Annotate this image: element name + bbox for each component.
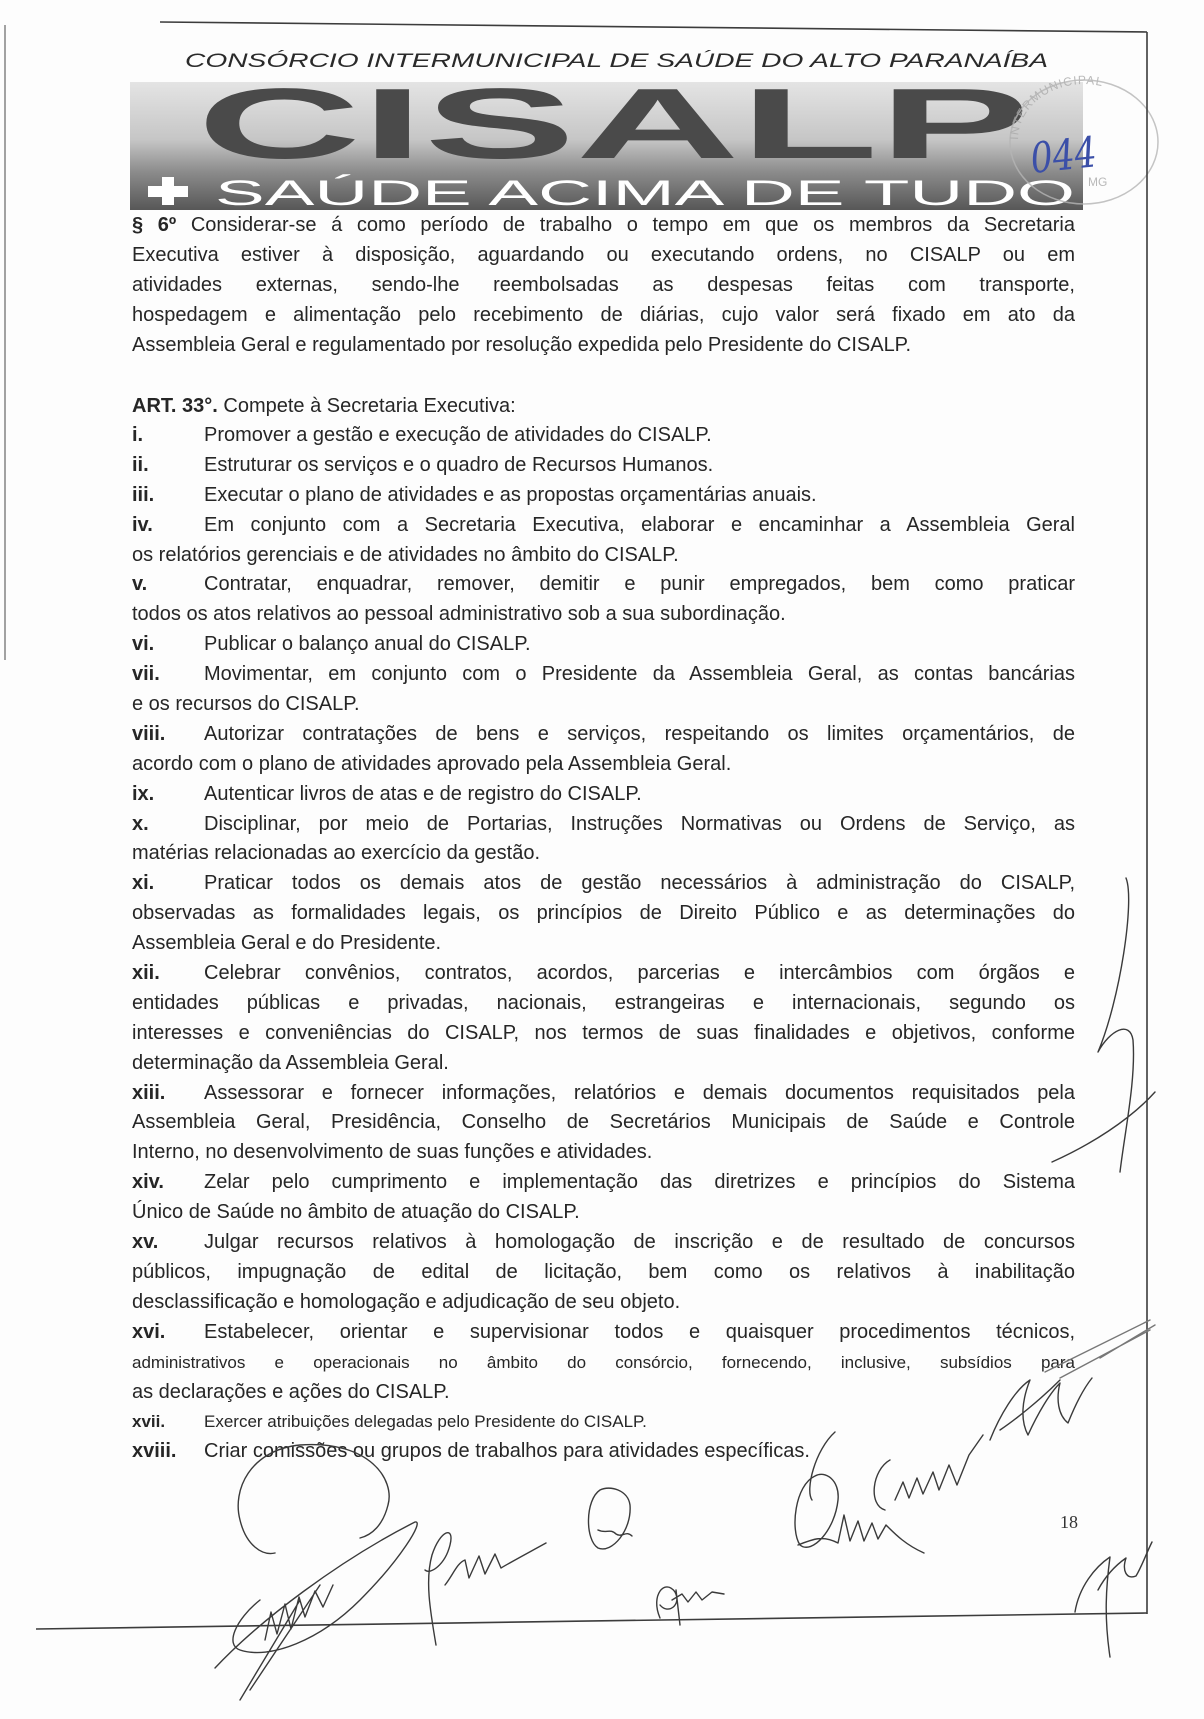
paragraph-6: § 6º Considerar-se á como período de tra… [132, 210, 1075, 360]
signature-2-icon [425, 1533, 546, 1645]
signature-5-icon [795, 1474, 924, 1553]
paragraph-line: atividades externas, sendo-lhe reembolsa… [132, 270, 1075, 300]
stamp-bottom-text: MG [1088, 175, 1107, 189]
article-heading: ART. 33°. Compete à Secretaria Executiva… [132, 391, 1075, 421]
article-items: i.Promover a gestão e execução de ativid… [132, 421, 1075, 1467]
paragraph-line: § 6º Considerar-se á como período de tra… [132, 210, 1075, 240]
list-item: iii.Executar o plano de atividades e as … [132, 481, 1075, 511]
list-item: ii.Estruturar os serviços e o quadro de … [132, 451, 1075, 481]
article-label: ART. 33°. [132, 395, 218, 417]
list-item: xv.Julgar recursos relativos à homologaç… [132, 1228, 1075, 1318]
list-item: xii.Celebrar convênios, contratos, acord… [132, 959, 1075, 1079]
item-numeral: xvi. [132, 1318, 204, 1348]
paragraph-line: Executiva estiver à disposição, aguardan… [132, 240, 1075, 270]
paragraph-line: Assembleia Geral e regulamentado por res… [132, 330, 1075, 360]
list-item: i.Promover a gestão e execução de ativid… [132, 421, 1075, 451]
signature-3-icon [588, 1488, 632, 1549]
list-item: vii.Movimentar, em conjunto com o Presid… [132, 660, 1075, 720]
item-numeral: vi. [132, 630, 204, 660]
list-item: xiii.Assessorar e fornecer informações, … [132, 1079, 1075, 1169]
list-item: xi.Praticar todos os demais atos de gest… [132, 869, 1075, 959]
list-item: ix.Autenticar livros de atas e de regist… [132, 780, 1075, 810]
item-numeral: ix. [132, 780, 204, 810]
item-numeral: x. [132, 810, 204, 840]
item-numeral: xvii. [132, 1407, 204, 1437]
letterhead: CONSÓRCIO INTERMUNICIPAL DE SAÚDE DO ALT… [0, 0, 1204, 230]
item-numeral: iii. [132, 481, 204, 511]
handwritten-folio: 044 [1028, 127, 1099, 183]
org-name: CONSÓRCIO INTERMUNICIPAL DE SAÚDE DO ALT… [185, 50, 1048, 72]
article-intro: Compete à Secretaria Executiva: [223, 395, 515, 417]
item-numeral: xii. [132, 959, 204, 989]
list-item: xvi.Estabelecer, orientar e supervisiona… [132, 1318, 1075, 1408]
item-numeral: xiii. [132, 1079, 204, 1109]
item-numeral: xiv. [132, 1168, 204, 1198]
list-item: v.Contratar, enquadrar, remover, demitir… [132, 570, 1075, 630]
item-numeral: i. [132, 421, 204, 451]
list-item: xiv.Zelar pelo cumprimento e implementaç… [132, 1168, 1075, 1228]
page-number: 18 [1060, 1512, 1078, 1533]
list-item: xviii.Criar comissões ou grupos de traba… [132, 1437, 1075, 1467]
item-numeral: xv. [132, 1228, 204, 1258]
item-numeral: ii. [132, 451, 204, 481]
signature-4-icon [657, 1587, 724, 1625]
signature-8-icon [1075, 1542, 1152, 1657]
paragraph-line: hospedagem e alimentação pelo recebiment… [132, 300, 1075, 330]
list-item: iv.Em conjunto com a Secretaria Executiv… [132, 511, 1075, 571]
item-numeral: viii. [132, 720, 204, 750]
document-page: CONSÓRCIO INTERMUNICIPAL DE SAÚDE DO ALT… [0, 0, 1204, 1719]
item-numeral: iv. [132, 511, 204, 541]
list-item: x.Disciplinar, por meio de Portarias, In… [132, 810, 1075, 870]
item-numeral: vii. [132, 660, 204, 690]
slogan: SAÚDE ACIMA DE TUDO [215, 174, 1075, 213]
item-numeral: v. [132, 570, 204, 600]
item-numeral: xi. [132, 869, 204, 899]
list-item: vi.Publicar o balanço anual do CISALP. [132, 630, 1075, 660]
list-item: viii.Autorizar contratações de bens e se… [132, 720, 1075, 780]
item-numeral: xviii. [132, 1437, 204, 1467]
logo-text: CISALP [197, 68, 1030, 180]
paragraph-label: § 6º [132, 214, 176, 236]
signature-1-icon [215, 1522, 417, 1700]
list-item: xvii.Exercer atribuições delegadas pelo … [132, 1407, 1075, 1437]
